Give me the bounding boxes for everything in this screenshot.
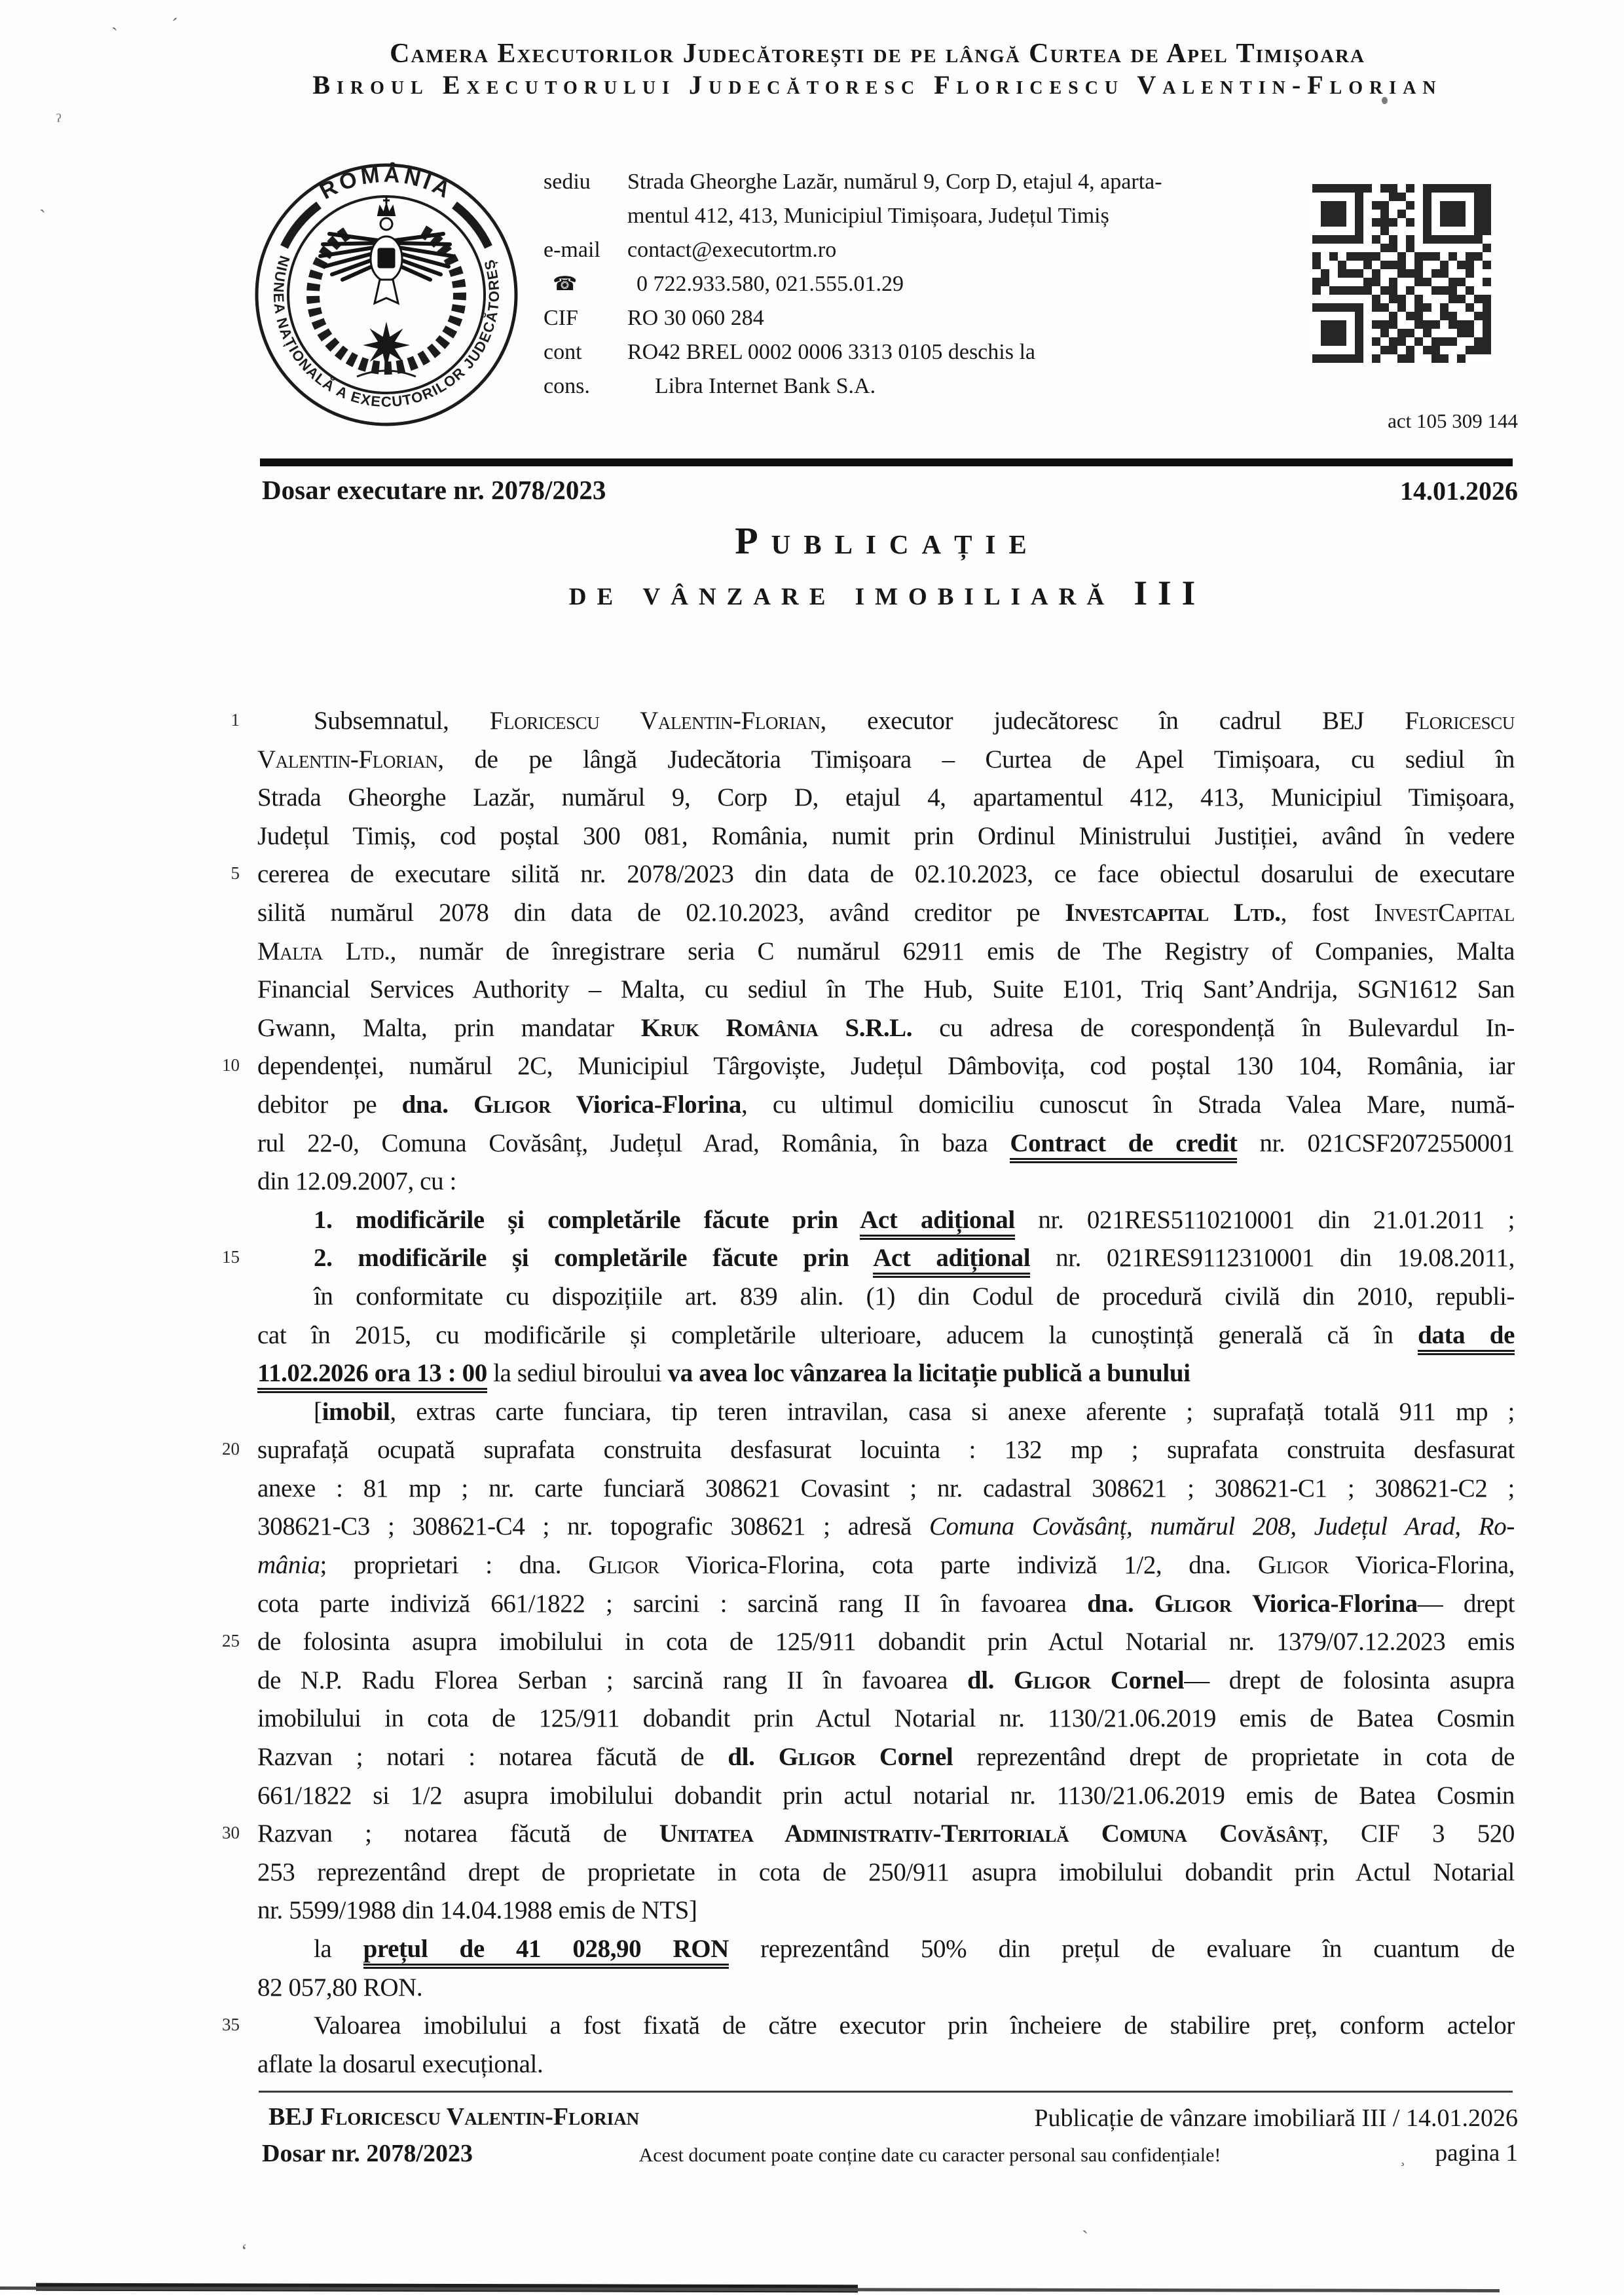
qr-module [1406, 235, 1414, 244]
qr-module [1431, 235, 1440, 244]
text-segment: imobil [322, 1398, 390, 1426]
contact-value-line: 0 722.933.580, 021.555.01.29 [637, 267, 1297, 301]
qr-module [1440, 312, 1449, 320]
contact-label: sediu [544, 165, 627, 233]
qr-module [1312, 303, 1321, 312]
qr-module [1397, 227, 1406, 235]
body-line-33: la prețul de 41 028,90 RON reprezentând … [257, 1930, 1515, 1969]
qr-module [1457, 227, 1466, 235]
qr-module [1431, 286, 1440, 295]
body-line-12: rul 22-0, Comuna Covăsânț, Județul Arad,… [257, 1125, 1515, 1163]
qr-module [1397, 218, 1406, 227]
qr-module [1363, 269, 1372, 278]
qr-module [1363, 218, 1372, 227]
star-emblem [363, 322, 410, 369]
qr-module [1397, 261, 1406, 269]
qr-module [1355, 210, 1363, 218]
qr-module [1457, 244, 1466, 252]
text-segment: , fost [1281, 899, 1375, 927]
text-segment: rul 22-0, Comuna Covăsânț, Județul Arad,… [257, 1129, 1010, 1157]
qr-module [1372, 201, 1380, 210]
qr-module [1363, 252, 1372, 261]
margin-number-30: 30 [194, 1823, 240, 1843]
qr-module [1431, 295, 1440, 303]
qr-module [1321, 337, 1329, 346]
qr-module [1321, 184, 1329, 193]
text-segment: — drept [1418, 1590, 1515, 1618]
qr-module [1414, 201, 1423, 210]
qr-module [1321, 346, 1329, 354]
document-date: 14.01.2026 [1400, 476, 1518, 506]
margin-number-15: 15 [194, 1247, 240, 1267]
qr-module [1338, 184, 1346, 193]
qr-module [1423, 261, 1431, 269]
qr-module [1389, 320, 1397, 329]
qr-module [1397, 269, 1406, 278]
text-segment: Cornel [879, 1743, 953, 1771]
qr-module [1355, 227, 1363, 235]
chamber-title: Camera Executorilor Judecătorești de pe … [223, 38, 1532, 69]
qr-module [1372, 295, 1380, 303]
text-segment: nr. 021RES9112310001 din 19.08.2011, [1030, 1244, 1515, 1272]
seal-graphic: ROMÂNIA UNIUNEA NAȚIONALĂ A EXECUTORILOR… [252, 160, 521, 429]
text-segment: Gligor [1258, 1551, 1329, 1579]
text-segment: dependenței, numărul 2C, Municipiul Târg… [257, 1052, 1515, 1080]
text-segment: Act adițional [860, 1206, 1015, 1240]
qr-module [1312, 329, 1321, 337]
qr-module [1414, 320, 1423, 329]
qr-module [1449, 235, 1457, 244]
qr-module [1457, 193, 1466, 201]
contact-row: CIFRO 30 060 284 [544, 301, 1297, 335]
qr-module [1414, 329, 1423, 337]
qr-module [1406, 244, 1414, 252]
qr-module [1397, 320, 1406, 329]
qr-module [1338, 261, 1346, 269]
qr-module [1431, 337, 1440, 346]
qr-module [1389, 354, 1397, 363]
qr-module [1363, 227, 1372, 235]
qr-module [1414, 278, 1423, 286]
qr-module [1338, 320, 1346, 329]
qr-module [1338, 278, 1346, 286]
qr-module [1372, 354, 1380, 363]
text-segment: imobilului in cota de 125/911 dobandit p… [257, 1704, 1515, 1732]
qr-module [1449, 346, 1457, 354]
qr-module [1329, 184, 1338, 193]
qr-module [1329, 354, 1338, 363]
qr-module [1474, 235, 1483, 244]
text-segment: Viorica-Florina, [1329, 1551, 1515, 1579]
qr-module [1321, 227, 1329, 235]
qr-module [1431, 354, 1440, 363]
body-line-26: de N.P. Radu Florea Serban ; sarcină ran… [257, 1662, 1515, 1700]
qr-module [1346, 303, 1355, 312]
text-segment: nr. 021RES5110210001 din 21.01.2011 ; [1015, 1206, 1515, 1234]
qr-module [1372, 303, 1380, 312]
qr-module [1329, 193, 1338, 201]
qr-module [1474, 184, 1483, 193]
qr-module [1474, 227, 1483, 235]
text-segment: 253 reprezentând drept de proprietate in… [257, 1858, 1515, 1886]
qr-module [1449, 329, 1457, 337]
qr-module [1338, 252, 1346, 261]
text-segment: suprafață ocupată suprafata construita d… [257, 1436, 1515, 1464]
text-segment: 82 057,80 RON. [257, 1973, 422, 2002]
qr-module [1321, 329, 1329, 337]
qr-module [1474, 354, 1483, 363]
qr-module [1312, 184, 1321, 193]
qr-module [1380, 193, 1389, 201]
qr-module [1449, 320, 1457, 329]
qr-module [1474, 320, 1483, 329]
qr-module [1372, 184, 1380, 193]
body-line-29: 661/1822 si 1/2 asupra imobilului doband… [257, 1777, 1515, 1816]
qr-module [1389, 337, 1397, 346]
qr-module [1449, 354, 1457, 363]
qr-module [1406, 354, 1414, 363]
qr-module [1483, 269, 1491, 278]
qr-module [1466, 227, 1474, 235]
qr-module [1414, 227, 1423, 235]
margin-number-20: 20 [194, 1439, 240, 1459]
qr-module [1321, 252, 1329, 261]
qr-module [1380, 329, 1389, 337]
qr-module [1312, 295, 1321, 303]
body-line-21: anexe : 81 mp ; nr. carte funciară 30862… [257, 1470, 1515, 1508]
body-line-7: Malta Ltd., număr de înregistrare seria … [257, 933, 1515, 971]
text-segment: data de [1418, 1321, 1515, 1355]
qr-module [1423, 320, 1431, 329]
qr-module [1397, 201, 1406, 210]
qr-module [1449, 193, 1457, 201]
qr-module [1474, 337, 1483, 346]
qr-module [1321, 286, 1329, 295]
text-segment: Gligor [1154, 1590, 1252, 1618]
body-line-20: suprafață ocupată suprafata construita d… [257, 1431, 1515, 1470]
qr-module [1474, 201, 1483, 210]
qr-module [1363, 261, 1372, 269]
qr-module [1380, 303, 1389, 312]
text-segment: 11.02.2026 ora 13 : 00 [257, 1359, 487, 1393]
text-segment: Subsemnatul, [314, 707, 490, 735]
qr-module [1414, 337, 1423, 346]
qr-module [1423, 286, 1431, 295]
qr-module [1457, 184, 1466, 193]
qr-module [1321, 269, 1329, 278]
qr-module [1423, 252, 1431, 261]
text-segment: InvestCapital [1374, 899, 1515, 927]
qr-module [1363, 337, 1372, 346]
qr-module [1457, 218, 1466, 227]
qr-module [1440, 218, 1449, 227]
qr-module [1414, 184, 1423, 193]
eagle-emblem [320, 197, 452, 303]
qr-module [1483, 210, 1491, 218]
qr-module [1423, 184, 1431, 193]
text-segment: Contract de credit [1010, 1129, 1237, 1163]
qr-module [1431, 227, 1440, 235]
qr-module [1423, 337, 1431, 346]
qr-module [1389, 286, 1397, 295]
qr-module [1355, 261, 1363, 269]
qr-module [1483, 295, 1491, 303]
text-segment: dl. [967, 1666, 1014, 1694]
qr-module [1449, 252, 1457, 261]
qr-module [1431, 218, 1440, 227]
text-segment: Cornel [1111, 1666, 1184, 1694]
qr-module [1406, 261, 1414, 269]
qr-module [1338, 201, 1346, 210]
margin-number-35: 35 [194, 2015, 240, 2035]
qr-module [1466, 303, 1474, 312]
qr-module [1380, 337, 1389, 346]
qr-module [1431, 261, 1440, 269]
text-segment: Floricescu [1405, 707, 1515, 735]
body-line-9: Gwann, Malta, prin mandatar Kruk România… [257, 1009, 1515, 1048]
qr-module [1321, 354, 1329, 363]
qr-module [1397, 312, 1406, 320]
contact-value-line: Libra Internet Bank S.A. [655, 369, 1297, 403]
contact-value: RO42 BREL 0002 0006 3313 0105 deschis la [627, 335, 1297, 369]
qr-module [1355, 218, 1363, 227]
qr-module [1355, 303, 1363, 312]
qr-module [1406, 337, 1414, 346]
qr-module [1406, 320, 1414, 329]
qr-module [1321, 201, 1329, 210]
qr-module [1483, 286, 1491, 295]
qr-module [1440, 354, 1449, 363]
qr-module [1312, 193, 1321, 201]
qr-module [1372, 193, 1380, 201]
qr-module [1346, 227, 1355, 235]
qr-module [1338, 312, 1346, 320]
qr-module [1466, 329, 1474, 337]
text-segment: debitor pe [257, 1091, 402, 1119]
qr-module [1449, 278, 1457, 286]
qr-module [1355, 184, 1363, 193]
qr-module [1457, 354, 1466, 363]
qr-module [1474, 218, 1483, 227]
body-line-28: Razvan ; notari : notarea făcută de dl. … [257, 1738, 1515, 1777]
qr-module [1431, 244, 1440, 252]
qr-module [1380, 346, 1389, 354]
text-segment: Financial Services Authority – Malta, cu… [257, 975, 1515, 1003]
margin-number-1: 1 [194, 710, 240, 730]
text-segment: Malta Ltd. [257, 937, 390, 965]
qr-module [1372, 312, 1380, 320]
qr-module [1329, 210, 1338, 218]
qr-module [1440, 227, 1449, 235]
text-segment: , cu ultimul domiciliu cunoscut în Strad… [741, 1091, 1515, 1119]
qr-module [1346, 354, 1355, 363]
qr-module [1483, 201, 1491, 210]
qr-module [1414, 261, 1423, 269]
qr-module [1321, 261, 1329, 269]
qr-module [1338, 295, 1346, 303]
text-segment: reprezentând drept de proprietate in cot… [953, 1743, 1515, 1771]
qr-module [1474, 303, 1483, 312]
qr-module [1466, 218, 1474, 227]
qr-module [1312, 346, 1321, 354]
body-line-23: mânia; proprietari : dna. Gligor Viorica… [257, 1546, 1515, 1585]
qr-module [1363, 193, 1372, 201]
text-segment: , număr de înregistrare seria C numărul … [390, 937, 1515, 965]
qr-module [1321, 235, 1329, 244]
qr-module [1406, 312, 1414, 320]
qr-module [1312, 286, 1321, 295]
qr-module [1389, 210, 1397, 218]
qr-module [1380, 312, 1389, 320]
qr-module [1329, 244, 1338, 252]
qr-module [1355, 286, 1363, 295]
qr-module [1423, 210, 1431, 218]
qr-module [1346, 261, 1355, 269]
text-segment: Viorica-Florina [576, 1091, 742, 1119]
qr-module [1355, 329, 1363, 337]
page-title: Publicație [259, 519, 1516, 563]
qr-module [1329, 278, 1338, 286]
text-segment: , de pe lângă Judecătoria Timișoara – Cu… [437, 745, 1515, 774]
act-number: act 105 309 144 [1244, 409, 1518, 433]
qr-module [1389, 252, 1397, 261]
qr-module [1372, 269, 1380, 278]
qr-module [1414, 295, 1423, 303]
qr-module [1346, 235, 1355, 244]
qr-module [1483, 252, 1491, 261]
body-line-30: Razvan ; notarea făcută de Unitatea Admi… [257, 1815, 1515, 1854]
qr-module [1414, 303, 1423, 312]
qr-module [1466, 210, 1474, 218]
qr-module [1338, 286, 1346, 295]
qr-module [1380, 261, 1389, 269]
qr-module [1440, 346, 1449, 354]
body-line-13: din 12.09.2007, cu : [257, 1163, 1515, 1201]
qr-module [1431, 329, 1440, 337]
qr-module [1449, 269, 1457, 278]
qr-module [1389, 312, 1397, 320]
body-line-17: cat în 2015, cu modificările și completă… [257, 1316, 1515, 1355]
text-segment: în conformitate cu dispozițiile art. 839… [314, 1282, 1515, 1311]
qr-module [1466, 252, 1474, 261]
text-segment: cererea de executare silită nr. 2078/202… [257, 860, 1515, 888]
qr-module [1346, 312, 1355, 320]
qr-module [1329, 218, 1338, 227]
body-line-16: în conformitate cu dispozițiile art. 839… [257, 1278, 1515, 1316]
qr-module [1466, 193, 1474, 201]
qr-module [1449, 244, 1457, 252]
qr-module [1397, 278, 1406, 286]
contact-row: ☎0 722.933.580, 021.555.01.29 [544, 267, 1297, 301]
qr-module [1312, 244, 1321, 252]
qr-module [1431, 346, 1440, 354]
contact-value-line: Strada Gheorghe Lazăr, numărul 9, Corp D… [627, 165, 1297, 199]
text-segment: nr. 021CSF2072550001 [1237, 1129, 1515, 1157]
text-segment: Valoarea imobilului a fost fixată de căt… [314, 2011, 1515, 2040]
qr-module [1440, 210, 1449, 218]
qr-module [1312, 235, 1321, 244]
qr-module [1483, 227, 1491, 235]
qr-module [1329, 286, 1338, 295]
text-segment: Kruk România S.R.L. [641, 1014, 912, 1042]
qr-module [1363, 295, 1372, 303]
qr-module [1372, 286, 1380, 295]
qr-module [1372, 337, 1380, 346]
qr-module [1414, 286, 1423, 295]
text-segment: Gwann, Malta, prin mandatar [257, 1014, 641, 1042]
body-line-1: Subsemnatul, Floricescu Valentin-Florian… [257, 702, 1515, 741]
qr-module [1474, 252, 1483, 261]
qr-module [1431, 278, 1440, 286]
qr-module [1338, 346, 1346, 354]
qr-module [1406, 218, 1414, 227]
qr-module [1338, 218, 1346, 227]
qr-module [1389, 329, 1397, 337]
qr-module [1397, 329, 1406, 337]
qr-module [1329, 320, 1338, 329]
scan-artifact: ˎ [39, 191, 46, 214]
qr-module [1346, 218, 1355, 227]
margin-number-25: 25 [194, 1631, 240, 1651]
text-segment: Gligor [588, 1551, 659, 1579]
header-rule [260, 458, 1513, 466]
page-number: pagina 1 [1435, 2139, 1518, 2167]
qr-module [1321, 320, 1329, 329]
margin-number-5: 5 [194, 863, 240, 884]
qr-module [1431, 193, 1440, 201]
qr-module [1440, 184, 1449, 193]
text-segment: la [314, 1935, 363, 1963]
text-segment: va avea loc vânzarea la licitație public… [668, 1359, 1190, 1387]
qr-module [1483, 337, 1491, 346]
qr-module [1423, 303, 1431, 312]
qr-module [1355, 235, 1363, 244]
qr-module [1474, 244, 1483, 252]
body-line-36: aflate la dosarul execuțional. [257, 2045, 1515, 2084]
text-segment: Viorica-Florina, cota parte indiviză 1/2… [659, 1551, 1257, 1579]
qr-module [1449, 261, 1457, 269]
body-line-32: nr. 5599/1988 din 14.04.1988 emis de NTS… [257, 1892, 1515, 1930]
qr-module [1474, 261, 1483, 269]
qr-module [1380, 244, 1389, 252]
qr-module [1466, 312, 1474, 320]
qr-module [1389, 201, 1397, 210]
qr-module [1346, 244, 1355, 252]
qr-module [1372, 346, 1380, 354]
qr-module [1321, 278, 1329, 286]
qr-module [1380, 354, 1389, 363]
text-segment: nr. 5599/1988 din 14.04.1988 emis de NTS… [257, 1896, 697, 1924]
qr-module [1466, 278, 1474, 286]
qr-module [1329, 312, 1338, 320]
qr-module [1397, 252, 1406, 261]
qr-module [1363, 286, 1372, 295]
qr-module [1363, 278, 1372, 286]
qr-module [1312, 337, 1321, 346]
qr-module [1483, 193, 1491, 201]
qr-module [1449, 303, 1457, 312]
qr-module [1355, 295, 1363, 303]
qr-module [1380, 235, 1389, 244]
qr-module [1449, 227, 1457, 235]
qr-module [1474, 210, 1483, 218]
qr-module [1483, 329, 1491, 337]
qr-module [1389, 193, 1397, 201]
text-segment: cat în 2015, cu modificările și completă… [257, 1321, 1418, 1349]
qr-module [1312, 269, 1321, 278]
qr-module [1329, 201, 1338, 210]
text-segment: , CIF 3 520 [1322, 1819, 1515, 1848]
